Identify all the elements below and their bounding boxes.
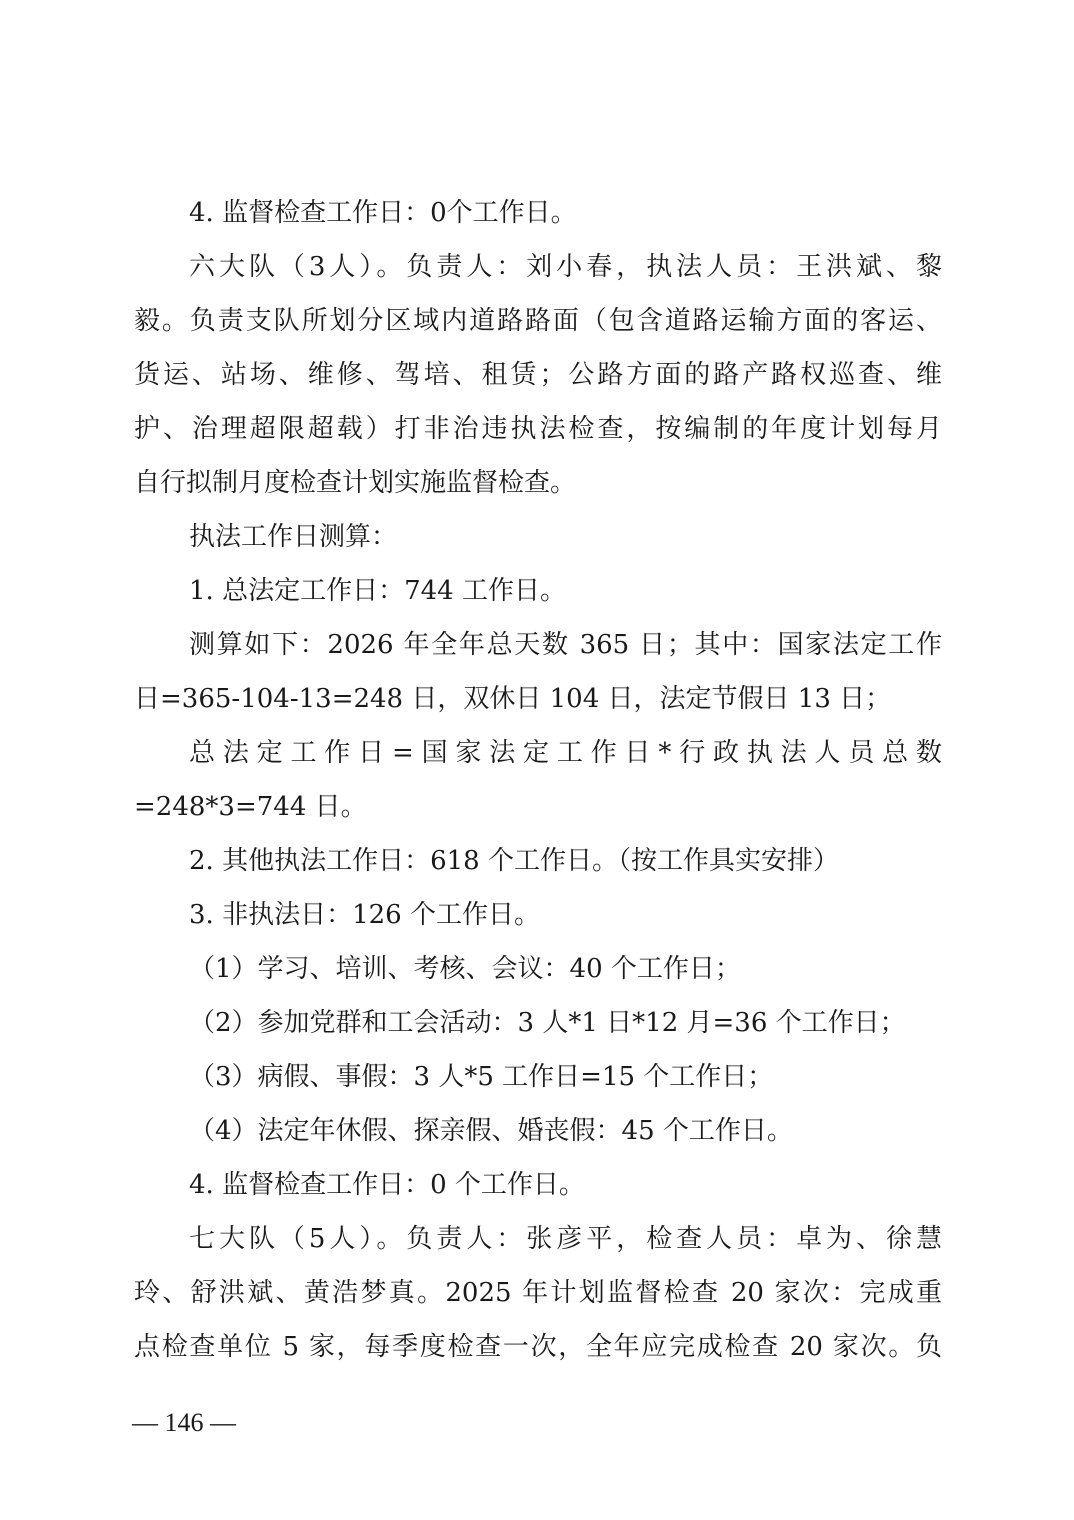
list-item-other-enforcement-days: 2. 其他执法工作日：618 个工作日。（按工作具实安排） — [134, 834, 942, 888]
paragraph-line: 点检查单位 5 家，每季度检查一次，全年应完成检查 20 家次。负 — [134, 1320, 942, 1374]
paragraph-line-supervision-days-5th: 4. 监督检查工作日：0个工作日。 — [134, 186, 942, 240]
paragraph-line: 护、治理超限超载）打非治违执法检查，按编制的年度计划每月 — [134, 402, 942, 456]
list-item-total-legal-workdays: 1. 总法定工作日：744 工作日。 — [134, 564, 942, 618]
paragraph-line-calc: 日=365-104-13=248 日，双休日 104 日，法定节假日 13 日； — [134, 672, 942, 726]
page-number: — 146 — — [132, 1408, 236, 1438]
document-body: 4. 监督检查工作日：0个工作日。 六大队（3人）。负责人：刘小春，执法人员：王… — [134, 186, 942, 1374]
paragraph-line: 自行拟制月度检查计划实施监督检查。 — [134, 456, 942, 510]
sub-item-sick-leave: （3）病假、事假：3 人*5 工作日=15 个工作日； — [134, 1050, 942, 1104]
paragraph-line: 毅。负责支队所划分区域内道路路面（包含道路运输方面的客运、 — [134, 294, 942, 348]
paragraph-line-team-six-header: 六大队（3人）。负责人：刘小春，执法人员：王洪斌、黎 — [134, 240, 942, 294]
sub-item-training: （1）学习、培训、考核、会议：40 个工作日； — [134, 942, 942, 996]
paragraph-line-calc: 测算如下：2026 年全年总天数 365 日；其中：国家法定工作 — [134, 618, 942, 672]
section-heading-workday-calc: 执法工作日测算： — [134, 510, 942, 564]
paragraph-line-team-seven-header: 七大队（5人）。负责人：张彦平，检查人员：卓为、徐慧 — [134, 1212, 942, 1266]
paragraph-line-formula-result: =248*3=744 日。 — [134, 780, 942, 834]
sub-item-annual-leave: （4）法定年休假、探亲假、婚丧假：45 个工作日。 — [134, 1104, 942, 1158]
paragraph-line: 玲、舒洪斌、黄浩梦真。2025 年计划监督检查 20 家次：完成重 — [134, 1266, 942, 1320]
list-item-non-enforcement-days: 3. 非执法日：126 个工作日。 — [134, 888, 942, 942]
sub-item-party-activities: （2）参加党群和工会活动：3 人*1 日*12 月=36 个工作日； — [134, 996, 942, 1050]
paragraph-line: 货运、站场、维修、驾培、租赁；公路方面的路产路权巡查、维 — [134, 348, 942, 402]
list-item-supervision-days: 4. 监督检查工作日：0 个工作日。 — [134, 1158, 942, 1212]
paragraph-line-formula: 总法定工作日=国家法定工作日*行政执法人员总数 — [134, 726, 942, 780]
